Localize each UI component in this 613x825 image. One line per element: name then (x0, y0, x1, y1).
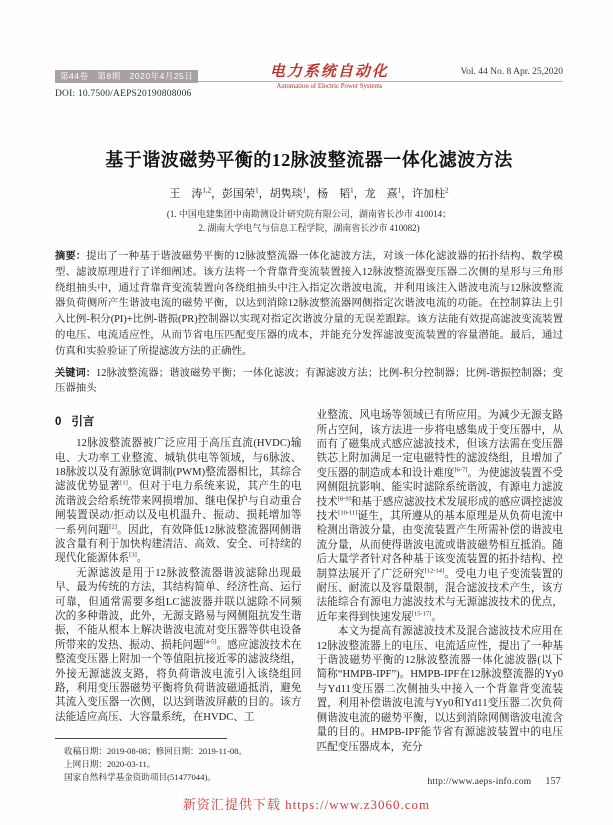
journal-name-en: Automation of Electric Power Systems (270, 82, 389, 91)
doi: DOI: 10.7500/AEPS20190808006 (55, 89, 198, 99)
page-header: 第44卷 第8期 2020年4月25日 DOI: 10.7500/AEPS201… (55, 66, 563, 110)
footnote-block: 收稿日期：2019-08-08；修回日期：2019-11-08。 上网日期：20… (55, 738, 302, 784)
footnote-online-date: 上网日期：2020-03-11。 (55, 758, 302, 771)
keywords-text: 12脉波整流器；谐波磁势平衡；一体化滤波；有源滤波方法；比例-积分控制器；比例-… (55, 368, 563, 395)
section-number: 0 (55, 416, 61, 428)
journal-logo: 电力系统自动化 Automation of Electric Power Sys… (270, 64, 389, 91)
page-number: 157 (545, 776, 561, 787)
keywords: 关键词：12脉波整流器；谐波磁势平衡；一体化滤波；有源滤波方法；比例-积分控制器… (55, 366, 563, 398)
footnote-received-date: 收稿日期：2019-08-08；修回日期：2019-11-08。 (55, 745, 302, 758)
footnote-rule (55, 738, 227, 739)
journal-name-cn: 电力系统自动化 (270, 64, 389, 81)
watermark: 新资汇提供下载 https://www.z3060.com (0, 794, 613, 813)
paragraph: 无源滤波是用于12脉波整流器谐波滤除出现最早、最为传统的方法，其结构简单、经济性… (55, 567, 302, 725)
paragraph: 业整流、风电场等领域已有所应用。为减少无源支路所占空间，该方法进一步将电感集成于… (317, 409, 564, 625)
section-heading-intro: 0引言 (55, 413, 302, 429)
right-column: 业整流、风电场等领域已有所应用。为减少无源支路所占空间，该方法进一步将电感集成于… (317, 409, 564, 784)
volume-info: Vol. 44 No. 8 Apr. 25,2020 (460, 67, 563, 77)
paragraph: 12脉波整流器被广泛应用于高压直流(HVDC)输电、大功率工业整流、城轨供电等领… (55, 437, 302, 567)
page-content: 第44卷 第8期 2020年4月25日 DOI: 10.7500/AEPS201… (0, 0, 613, 825)
abstract: 摘要：提出了一种基于谐波磁势平衡的12脉波整流器一体化滤波方法，对该一体化滤波器… (55, 249, 563, 360)
page-footer: http://www.aeps-info.com157 (427, 776, 561, 787)
left-column: 0引言 12脉波整流器被广泛应用于高压直流(HVDC)输电、大功率工业整流、城轨… (55, 409, 302, 784)
keywords-label: 关键词： (55, 368, 96, 379)
paragraph: 本文为提高有源滤波技术及混合滤波技术应用在12脉波整流器上的电压、电流适应性，提… (317, 625, 564, 755)
header-left: 第44卷 第8期 2020年4月25日 DOI: 10.7500/AEPS201… (55, 66, 198, 99)
abstract-label: 摘要： (55, 251, 86, 262)
affiliation-1: (1. 中国电建集团中南勘测设计研究院有限公司，湖南省长沙市 410014； (55, 207, 563, 221)
section-title: 引言 (71, 416, 94, 428)
footnote-funding: 国家自然科学基金资助项目(51477044)。 (55, 771, 302, 784)
issue-info: 第44卷 第8期 2020年4月25日 (55, 70, 198, 83)
affiliation-2: 2. 湖南大学电气与信息工程学院，湖南省长沙市 410082) (55, 221, 563, 235)
author-line: 王 涛1,2，彭国荣1，胡隽琰1，杨 韬1，龙 熹1，许加柱2 (55, 185, 563, 201)
affiliations: (1. 中国电建集团中南勘测设计研究院有限公司，湖南省长沙市 410014； 2… (55, 207, 563, 235)
journal-url: http://www.aeps-info.com (427, 777, 531, 787)
header-right: Vol. 44 No. 8 Apr. 25,2020 (460, 67, 563, 77)
body-columns: 0引言 12脉波整流器被广泛应用于高压直流(HVDC)输电、大功率工业整流、城轨… (55, 409, 563, 784)
journal-page: 第44卷 第8期 2020年4月25日 DOI: 10.7500/AEPS201… (0, 0, 613, 825)
article-title: 基于谐波磁势平衡的12脉波整流器一体化滤波方法 (55, 146, 563, 172)
abstract-text: 提出了一种基于谐波磁势平衡的12脉波整流器一体化滤波方法，对该一体化滤波器的拓扑… (55, 251, 563, 357)
